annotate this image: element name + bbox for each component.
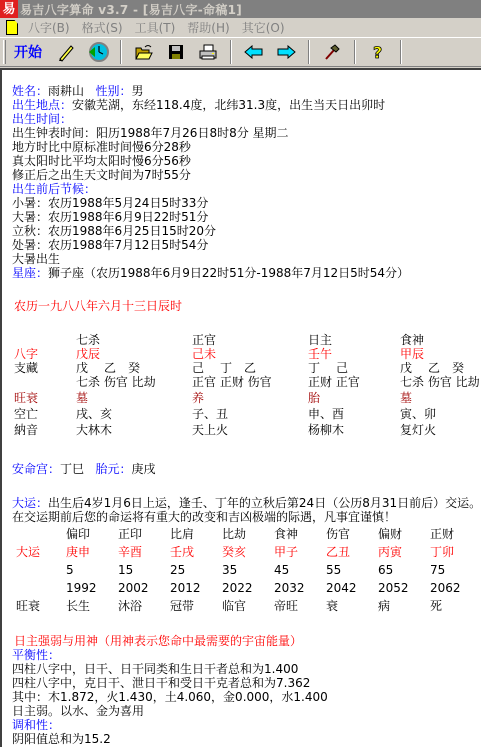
dayun-year: 2062 [430,581,461,595]
ming-palace-value: 丁巳 [60,462,84,476]
place-line: 出生地点：安徽芜湖，东经118.4度，北纬31.3度，出生当天日出卯时 [12,98,385,112]
zodiac-value: 狮子座（农历1988年6月9日22时51分-1988年7月12日5时54分） [48,266,409,280]
dayun-ganzhi: 丙寅 [378,545,402,559]
clock-time: 出生钟表时间：阳历1988年7月26日8时8分 星期二 [12,126,289,140]
dayun-god: 伤官 [326,527,350,541]
hammer-icon [323,43,341,61]
toolbar-separator [400,40,402,64]
window-title: 易吉八字算命 v3.7 - [易吉八字-命稿1] [20,1,242,18]
toolbar: 开始 [0,37,481,67]
dayun-label: 大运： [12,496,48,510]
pillar-void: 寅、卯 [400,407,436,421]
hidden-stem: 丁 [220,361,232,375]
print-button[interactable] [192,39,224,65]
dayun-ganzhi: 庚申 [66,545,90,559]
bazi-row-label: 八字 [14,347,38,361]
dayun-desc: 出生后4岁1月6日上运，逢壬、丁年的立秋后第24日（公历8月31日前后）交运。 [48,496,481,510]
analysis-title: 日主强弱与用神（用神表示您命中最需要的宇宙能量） [14,634,302,648]
gender-value: 男 [132,84,144,98]
menu-format[interactable]: 格式(S) [82,19,123,36]
time-button[interactable] [82,39,114,65]
pillar-nayin: 大林木 [76,423,112,437]
solar-term: 立秋：农历1988年6月25日15时20分 [12,224,216,238]
pillar-void: 申、酉 [308,407,344,421]
dayun-ganzhi: 丁卯 [430,545,454,559]
save-icon [167,43,185,61]
hidden-stem: 乙 [244,361,256,375]
pillar-void: 戌、亥 [76,407,112,421]
zodiac-line: 星座：狮子座（农历1988年6月9日22时51分-1988年7月12日5时54分… [12,266,409,280]
hidden-row-label: 支藏 [14,361,38,375]
pillar-ganzhi: 甲辰 [400,347,424,361]
pillar-god: 七杀 [76,333,100,347]
pillar-god: 食神 [400,333,424,347]
pillar-strength: 养 [192,391,204,405]
solar-term: 小暑：农历1988年5月24日5时33分 [12,196,208,210]
report-content[interactable]: 姓名：雨耕山 性别：男 出生地点：安徽芜湖，东经118.4度，北纬31.3度，出… [0,68,481,747]
balance-heading: 平衡性： [12,648,60,662]
hidden-stem: 乙 [428,361,440,375]
tai-yuan-value: 庚戌 [132,462,156,476]
save-button[interactable] [160,39,192,65]
place-label: 出生地点： [12,98,72,112]
void-row-label: 空亡 [14,407,38,421]
pillar-nayin: 杨柳木 [308,423,344,437]
pillar-nayin: 复灯火 [400,423,436,437]
svg-text:?: ? [373,43,382,61]
title-bar: 易 易吉八字算命 v3.7 - [易吉八字-命稿1] [0,0,481,18]
pillar-god: 正官 [192,333,216,347]
menu-bazi[interactable]: 八字(B) [28,19,70,36]
pillar-god: 日主 [308,333,332,347]
dayun-strength: 长生 [66,599,90,613]
hidden-gods: 正财 正官 [308,375,360,389]
dayun-god: 食神 [274,527,298,541]
dayun-year: 2002 [118,581,149,595]
pillar-strength: 墓 [76,391,88,405]
balance-line: 四柱八字中，日干、日干同类和生日干者总和为1.400 [12,662,298,676]
dayun-year: 2012 [170,581,201,595]
toolbar-separator [354,40,356,64]
place-value: 安徽芜湖，东经118.4度，北纬31.3度，出生当天日出卯时 [72,98,385,112]
document-icon[interactable] [6,20,18,35]
dayun-strength: 衰 [326,599,338,613]
dayun-desc-line2: 在交运期前后您的命运将有重大的改变和吉凶极端的际遇，凡事宜谨慎！ [12,510,396,524]
name-line: 姓名：雨耕山 性别：男 [12,84,144,98]
local-time-diff: 地方时比中原标准时间慢6分28秒 [12,140,191,154]
lunar-date: 农历一九八八年六月十三日辰时 [14,299,182,313]
toolbar-separator [120,40,122,64]
name-label: 姓名： [12,84,48,98]
harmony-heading: 调和性： [12,718,60,732]
dayun-god: 比肩 [170,527,194,541]
pillar-ganzhi: 己未 [192,347,216,361]
born-in-term: 大暑出生 [12,252,60,266]
nayin-row-label: 納音 [14,423,38,437]
gender-label: 性别： [95,84,131,98]
dayun-strength: 帝旺 [274,599,298,613]
print-icon [198,43,218,61]
hidden-stem: 戊 [76,361,88,375]
ming-palace-label: 安命宫： [12,462,60,476]
forward-button[interactable] [270,39,302,65]
open-button[interactable] [128,39,160,65]
hidden-gods: 正官 正财 伤官 [192,375,272,389]
edit-button[interactable] [50,39,82,65]
clock-icon [87,41,109,63]
app-icon[interactable]: 易 [0,0,18,18]
dayun-strength: 沐浴 [118,599,142,613]
hidden-stem: 丁 [308,361,320,375]
back-arrow-icon [244,45,264,59]
birth-time-heading: 出生时间： [12,112,72,126]
pillar-strength: 胎 [308,391,320,405]
dayun-age: 35 [222,563,237,577]
menu-help[interactable]: 帮助(H) [187,19,229,36]
hidden-stem: 己 [336,361,348,375]
dayun-ganzhi: 辛酉 [118,545,142,559]
back-button[interactable] [238,39,270,65]
dayun-strength: 病 [378,599,390,613]
name-value: 雨耕山 [48,84,84,98]
hidden-stem: 乙 [104,361,116,375]
tools-button[interactable] [316,39,348,65]
menu-bar: 八字(B) 格式(S) 工具(T) 帮助(H) 其它(O) [0,18,481,37]
dayun-strength: 死 [430,599,442,613]
help-icon: ? [371,43,385,61]
dayun-age: 65 [378,563,393,577]
solar-term: 大暑：农历1988年6月9日22时51分 [12,210,208,224]
pillar-ganzhi: 戊辰 [76,347,100,361]
dayun-row-label: 大运 [16,545,40,559]
hidden-stem: 己 [192,361,204,375]
balance-line: 其中：木1.872，火1.430，土4.060，金0.000，水1.400 [12,690,328,704]
dayun-year: 1992 [66,581,97,595]
dayun-ganzhi: 癸亥 [222,545,246,559]
dayun-desc-line1: 大运：出生后4岁1月6日上运，逢壬、丁年的立秋后第24日（公历8月31日前后）交… [12,496,481,510]
dayun-ganzhi: 甲子 [274,545,298,559]
dayun-ganzhi: 乙丑 [326,545,350,559]
pillar-void: 子、丑 [192,407,228,421]
balance-line: 四柱八字中，克日干、泄日干和受日干克者总和为7.362 [12,676,310,690]
dayun-god: 正印 [118,527,142,541]
help-button[interactable]: ? [362,39,394,65]
solar-term: 处暑：农历1988年7月12日5时54分 [12,238,208,252]
dayun-age: 75 [430,563,445,577]
toolbar-separator [308,40,310,64]
hidden-stem: 戊 [400,361,412,375]
dayun-age: 55 [326,563,341,577]
tai-yuan-label: 胎元： [95,462,131,476]
corrected-time: 修正后之出生天文时间为7时55分 [12,168,191,182]
dayun-year: 2032 [274,581,305,595]
pillar-strength: 墓 [400,391,412,405]
dayun-ganzhi: 壬戌 [170,545,194,559]
dayun-god: 偏印 [66,527,90,541]
menu-other[interactable]: 其它(O) [242,19,285,36]
dayun-age: 45 [274,563,289,577]
pencil-icon [56,42,76,62]
hidden-gods: 七杀 伤官 比劫 [400,375,480,389]
toolbar-separator [230,40,232,64]
palace-line: 安命宫：丁巳 胎元：庚戌 [12,462,156,476]
dayun-god: 正财 [430,527,454,541]
hidden-stem: 癸 [128,361,140,375]
solar-time-diff: 真太阳时比平均太阳时慢6分56秒 [12,154,191,168]
hidden-gods: 七杀 伤官 比劫 [76,375,156,389]
dayun-year: 2022 [222,581,253,595]
dayun-age: 25 [170,563,185,577]
solar-terms-heading: 出生前后节候： [12,182,96,196]
toolbar-grip[interactable] [3,40,6,64]
harmony-value: 阴阳值总和为15.2 [12,732,111,746]
dayun-year: 2042 [326,581,357,595]
strength-row-label: 旺衰 [14,391,38,405]
pillar-nayin: 天上火 [192,423,228,437]
dayun-year: 2052 [378,581,409,595]
start-button[interactable]: 开始 [14,42,50,62]
hidden-stem: 癸 [452,361,464,375]
zodiac-label: 星座： [12,266,48,280]
dayun-god: 比劫 [222,527,246,541]
dayun-strength-label: 旺衰 [16,599,40,613]
dayun-strength: 临官 [222,599,246,613]
balance-line: 日主弱。以水、金为喜用 [12,704,144,718]
dayun-strength: 冠带 [170,599,194,613]
dayun-age: 5 [66,563,74,577]
dayun-god: 偏财 [378,527,402,541]
menu-tools[interactable]: 工具(T) [135,19,176,36]
open-folder-icon [134,43,154,61]
pillar-ganzhi: 壬午 [308,347,332,361]
forward-arrow-icon [276,45,296,59]
dayun-age: 15 [118,563,133,577]
